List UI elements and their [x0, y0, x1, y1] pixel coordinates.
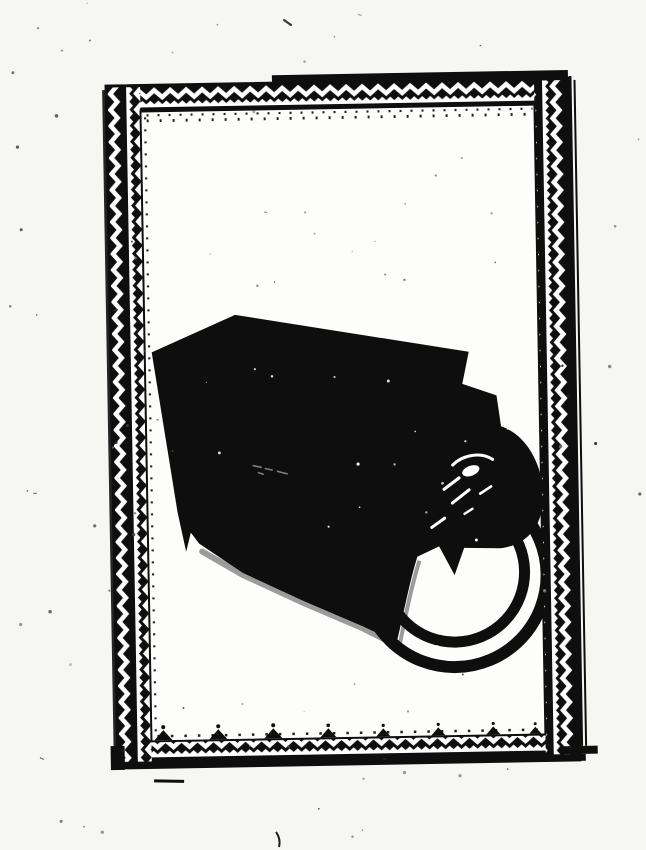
noise-speck — [543, 589, 547, 593]
noise-dash — [358, 14, 362, 16]
scanned-plate — [0, 0, 646, 850]
noise-speck — [352, 251, 353, 252]
noise-speck — [89, 39, 91, 41]
noise-speck — [287, 745, 290, 748]
noise-speck — [61, 50, 63, 52]
noise-speck — [384, 273, 386, 275]
noise-speck — [274, 281, 275, 282]
noise-speck — [614, 225, 617, 228]
noise-speck — [351, 836, 353, 838]
noise-speck — [357, 463, 360, 466]
noise-speck — [480, 45, 482, 47]
scanned-page: { "document": { "type": "scanned photogr… — [0, 0, 646, 850]
noise-speck — [594, 442, 597, 445]
noise-speck — [93, 524, 96, 527]
noise-speck — [638, 138, 640, 140]
noise-speck — [561, 365, 564, 368]
noise-speck — [507, 429, 508, 430]
noise-speck — [134, 512, 136, 514]
noise-speck — [462, 673, 464, 675]
noise-speck — [438, 588, 441, 591]
noise-speck — [318, 637, 320, 639]
noise-speck — [436, 645, 439, 648]
noise-speck — [304, 711, 305, 712]
noise-speck — [112, 447, 114, 449]
noise-speck — [209, 253, 210, 254]
noise-speck — [461, 157, 463, 159]
noise-speck — [11, 71, 14, 74]
noise-speck — [559, 445, 562, 448]
noise-speck — [216, 24, 218, 26]
noise-speck — [26, 490, 28, 492]
noise-speck — [271, 375, 273, 377]
noise-speck — [393, 463, 395, 465]
noise-speck — [69, 663, 72, 666]
noise-speck — [475, 539, 478, 542]
noise-speck — [362, 829, 363, 830]
noise-speck — [134, 257, 137, 260]
noise-speck — [560, 587, 562, 589]
noise-speck — [132, 533, 135, 536]
noise-speck — [464, 440, 466, 442]
noise-speck — [86, 2, 88, 4]
plate-group — [99, 70, 598, 784]
noise-speck — [359, 506, 361, 508]
noise-speck — [403, 279, 405, 281]
noise-speck — [407, 710, 409, 712]
noise-speck — [334, 647, 336, 649]
noise-speck — [403, 771, 406, 774]
noise-speck — [60, 820, 63, 823]
noise-speck — [241, 703, 243, 705]
noise-speck — [183, 707, 185, 709]
noise-speck — [455, 601, 457, 603]
noise-speck — [608, 365, 611, 368]
noise-speck — [304, 211, 306, 213]
noise-speck — [9, 305, 11, 307]
noise-speck — [374, 241, 375, 242]
noise-speck — [20, 228, 23, 231]
noise-speck — [333, 376, 335, 378]
noise-speck — [172, 52, 174, 54]
noise-speck — [567, 395, 570, 398]
noise-speck — [498, 365, 501, 368]
noise-dash — [40, 757, 44, 760]
noise-speck — [16, 145, 19, 148]
noise-speck — [143, 350, 145, 352]
noise-speck — [404, 203, 406, 205]
noise-speck — [172, 450, 174, 452]
noise-speck — [19, 623, 22, 626]
bottom-right-stub — [564, 746, 598, 755]
noise-speck — [131, 241, 133, 243]
noise-speck — [126, 424, 129, 427]
noise-speck — [494, 261, 496, 263]
noise-speck — [83, 826, 85, 828]
noise-speck — [435, 175, 437, 177]
noise-speck — [334, 36, 336, 38]
noise-speck — [458, 774, 461, 777]
stray-curved-tick — [276, 832, 280, 847]
noise-speck — [638, 492, 641, 495]
noise-speck — [387, 380, 390, 383]
noise-speck — [256, 285, 258, 287]
noise-speck — [441, 482, 444, 485]
noise-speck — [507, 768, 509, 770]
noise-speck — [254, 368, 256, 370]
noise-speck — [354, 683, 356, 685]
photo-area — [140, 104, 563, 741]
noise-speck — [362, 778, 364, 780]
noise-speck — [55, 114, 59, 118]
noise-speck — [425, 511, 427, 513]
noise-speck — [303, 60, 306, 63]
noise-speck — [37, 27, 39, 29]
noise-dash — [33, 493, 37, 494]
noise-speck — [318, 808, 320, 810]
noise-speck — [252, 110, 255, 113]
noise-speck — [491, 212, 493, 214]
noise-speck — [249, 745, 251, 747]
stray-slash — [284, 20, 291, 25]
noise-speck — [313, 233, 315, 235]
below-band-dash — [154, 779, 184, 783]
noise-speck — [414, 431, 416, 433]
noise-speck — [114, 441, 117, 444]
noise-speck — [48, 610, 51, 613]
noise-speck — [101, 831, 104, 834]
noise-speck — [206, 382, 207, 383]
noise-speck — [218, 451, 221, 454]
noise-speck — [328, 526, 330, 528]
noise-speck — [108, 590, 110, 592]
noise-speck — [36, 314, 38, 316]
